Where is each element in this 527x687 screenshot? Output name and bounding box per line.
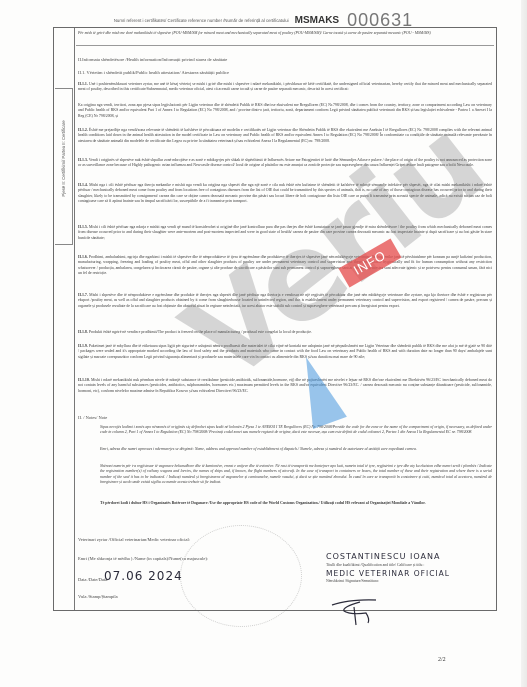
page-edge: [521, 0, 527, 687]
paragraph-II-1-9: II.1.9. Paketimet janë të mbyllura dhe t…: [78, 344, 492, 360]
divider: [76, 45, 494, 46]
paragraph-II-1-2: II.1.2. Është me prejardhje nga vendi/zo…: [78, 128, 492, 144]
paragraph-II-1-4: II.1.4. Mishi nga i cili është përftuar …: [78, 183, 492, 205]
paragraph-origin: Ka origjina nga vendi, territori, zona a…: [78, 103, 492, 119]
paragraph-II-1-10: II.1.10. Mishi i ndarë mekanikisht nuk p…: [78, 378, 492, 394]
paragraph-II-1-6: II.1.6. Prodhimi, ambalazhimi, ngrirja d…: [78, 255, 492, 277]
signature-icon: [330, 595, 380, 629]
qualification-label: Titulli dhe kualifikimi /Qualification a…: [326, 563, 424, 567]
reference-code: MSMAKS: [295, 15, 339, 26]
paragraph-II-1-3: II.1.3. Vendi i origjinës së shpesëve nu…: [78, 158, 492, 169]
intro-text: Për mish të grirë dhe mish me dorë mekan…: [78, 31, 492, 36]
subsection-title: II.1. Vërtetim i shëndetit publik/Public…: [78, 70, 229, 75]
paragraph-II-1-1: II.1.1. Unë i poshtenënshkruari veterine…: [78, 82, 492, 93]
side-label: Pjesë II: Certifikimi/ Partea II: Certif…: [61, 91, 66, 226]
certificate-content: Për mish të grirë dhe mish me dorë mekan…: [76, 28, 494, 610]
note-2: Emri, adresa dhe numri aprovues i nderma…: [100, 447, 492, 452]
date-value: 07.06 2024: [104, 569, 183, 583]
signature-label: Nënshkrimi /Signature/Semnătura:: [326, 579, 379, 583]
section-title: II.Informata shëndetësore /Health inform…: [78, 57, 227, 62]
official-vet-label: Veterinari zyrtar /Official veterinarian…: [78, 537, 190, 542]
page-number: 2/2: [438, 657, 446, 663]
note-1: Sipas nevojës kodimi i zonës apo nënzonë…: [100, 425, 492, 436]
stamp-label: Vula /Stamp/Ștampila: [78, 594, 118, 599]
side-column: Pjesë II: Certifikimi/ Partea II: Certif…: [54, 28, 75, 610]
paragraph-II-1-8: II.1.8. Produkti është ngrirë në vendin …: [78, 330, 492, 335]
official-stamp: [180, 525, 302, 627]
note-3: Shënoni numrin për t-a regjistruar të va…: [100, 464, 492, 486]
reference-label: Numri referent i certifikatës/ Certifica…: [114, 18, 289, 23]
paragraph-II-1-5: II.1.5. Mishi i cili është përftuar nga …: [78, 225, 492, 241]
paragraph-II-1-7: II.1.7. Mishi i shpesëve dhe të nënprodu…: [78, 293, 492, 309]
name-value: COSTANTINESCU IOANA: [326, 552, 440, 561]
certificate-frame: Pjesë II: Certifikimi/ Partea II: Certif…: [53, 27, 497, 611]
qualification-value: MEDIC VETERINAR OFICIAL: [326, 569, 450, 578]
notes-title: II. / Notes/ Note: [78, 415, 107, 420]
note-4: Të përdoret kodi i duhur HS i Organizatë…: [100, 501, 492, 506]
